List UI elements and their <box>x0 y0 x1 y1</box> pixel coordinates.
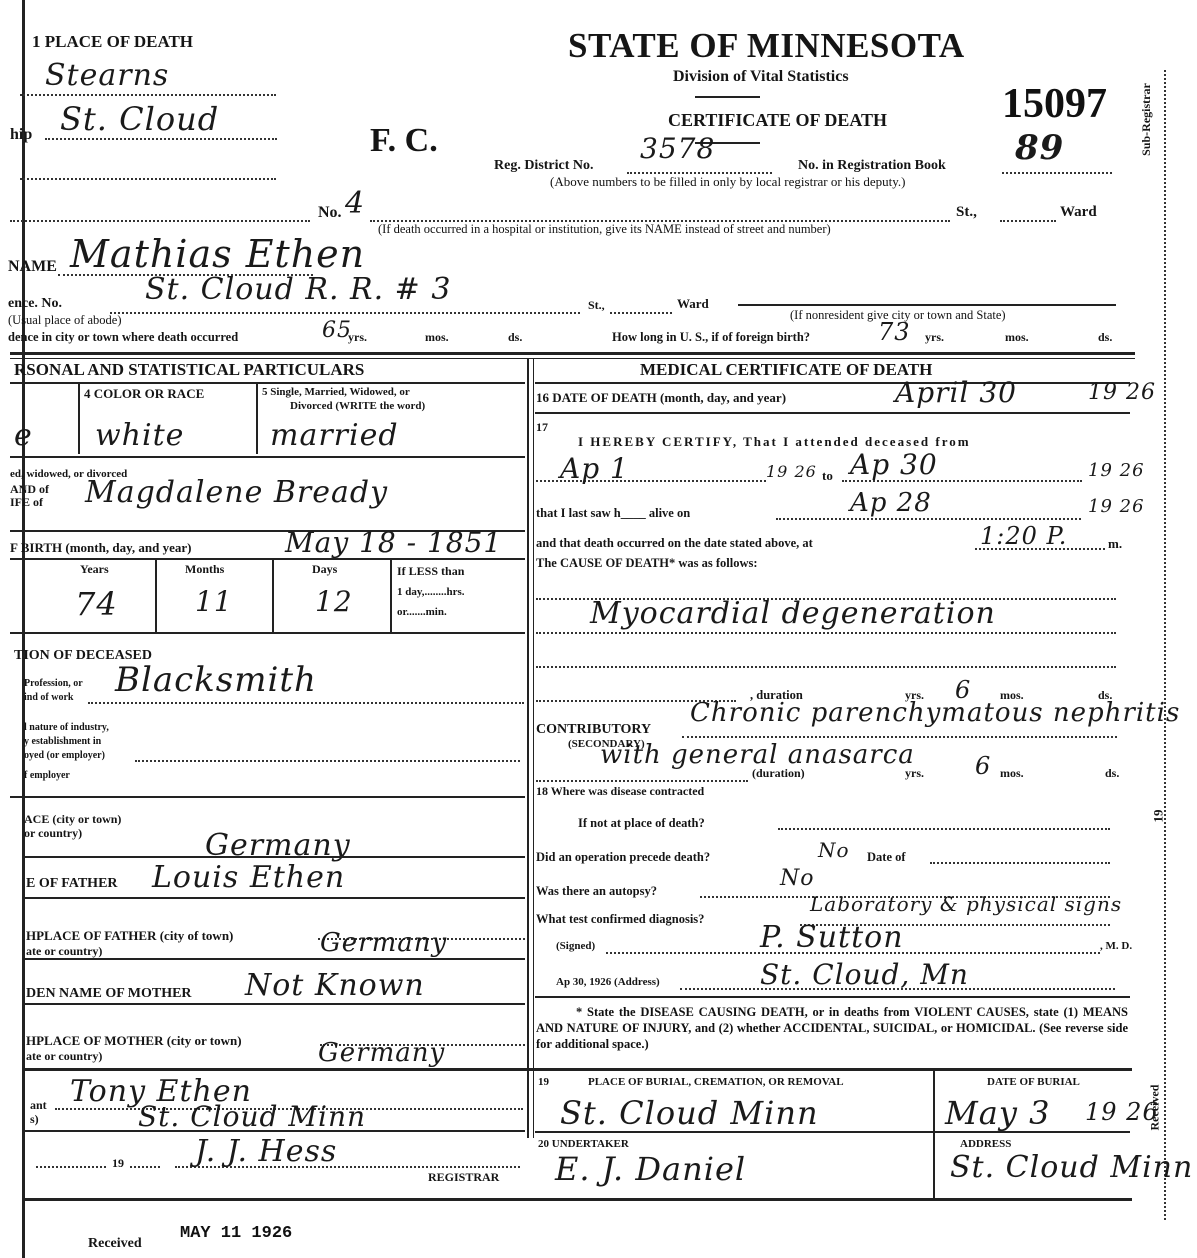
birth-value: May 18 - 1851 <box>285 526 502 559</box>
street-no-value: 4 <box>345 186 365 221</box>
burial-address-label: ADDRESS <box>960 1138 1011 1150</box>
burial-place-value: St. Cloud Minn <box>560 1094 819 1132</box>
registrar-note: (Above numbers to be filled in only by l… <box>550 174 906 190</box>
item-19: 19 <box>538 1076 549 1088</box>
residence-st-field <box>610 300 672 314</box>
footnote: * State the DISEASE CAUSING DEATH, or in… <box>536 1004 1128 1052</box>
father-birthplace-label-1: HPLACE OF FATHER (city of town) <box>26 928 233 944</box>
spouse-label-3: IFE of <box>10 495 43 510</box>
attended-to-value: Ap 30 <box>850 448 938 481</box>
street-field-left <box>10 208 310 222</box>
contributory-yrs-label: yrs. <box>905 766 924 781</box>
name-label: NAME <box>8 258 57 276</box>
occupation-row-rule <box>10 796 525 798</box>
color-divider-left <box>78 384 80 454</box>
contributory-ds-label: ds. <box>1105 766 1119 781</box>
marital-label-2: Divorced (WRITE the word) <box>290 400 425 412</box>
less-than-label-1: If LESS than <box>397 564 464 579</box>
section-rule-top <box>10 352 1135 355</box>
industry-label-4: f employer <box>24 770 70 781</box>
age-months-label: Months <box>185 562 224 577</box>
certificate-number: 15097 <box>1002 80 1107 128</box>
birth-label: F BIRTH (month, day, and year) <box>10 540 191 556</box>
township-label: hip <box>10 126 32 144</box>
occupation-label-1: Profession, or <box>24 678 83 689</box>
residence-ds-label: ds. <box>508 330 522 345</box>
contributory-value: Chronic parenchymatous nephritis <box>690 698 1180 728</box>
not-at-place-field <box>778 820 1110 830</box>
informant-label: ant <box>30 1098 47 1113</box>
age-divider-3 <box>390 560 392 632</box>
age-months-value: 11 <box>195 585 233 618</box>
center-divider-2 <box>533 358 534 1138</box>
margin-year-19: 19 <box>1151 810 1167 823</box>
item-17: 17 <box>536 420 548 435</box>
stamp-mark: F. C. <box>370 122 438 160</box>
mother-birthplace-label-2: ate or country) <box>26 1049 102 1064</box>
contributory-duration-value: 6 <box>975 752 991 780</box>
operation-date-field <box>930 854 1110 864</box>
marital-row-rule <box>10 456 525 458</box>
color-divider-right <box>256 384 258 454</box>
marital-value: married <box>270 418 399 453</box>
attended-to-year: 19 26 <box>1088 460 1145 481</box>
father-birthplace-row-rule <box>22 958 525 960</box>
informant-address-label: s) <box>30 1112 39 1127</box>
father-label: E OF FATHER <box>26 876 118 892</box>
address-value: St. Cloud, Mn <box>760 958 969 991</box>
residence-length-label: dence in city or town where death occurr… <box>8 330 238 345</box>
reg-book-label: No. in Registration Book <box>798 158 946 174</box>
personal-section-title: RSONAL AND STATISTICAL PARTICULARS <box>14 360 364 380</box>
section-rule-top-2 <box>10 358 1135 359</box>
cause-field-3 <box>536 658 1116 668</box>
time-value: 1:20 P. <box>980 522 1067 550</box>
mother-row-rule <box>22 1003 525 1005</box>
hospital-note: (If death occurred in a hospital or inst… <box>378 222 831 237</box>
residence-yrs-label: yrs. <box>348 330 367 345</box>
residence-ward-label: Ward <box>677 296 709 312</box>
reg-district-label: Reg. District No. <box>494 158 594 174</box>
filed-date-field <box>36 1158 106 1168</box>
us-length-label: How long in U. S., if of foreign birth? <box>612 330 810 345</box>
industry-label-3: oyed (or employer) <box>24 750 105 761</box>
time-label: and that death occurred on the date stat… <box>536 536 813 551</box>
registrar-value: J. J. Hess <box>195 1134 337 1169</box>
us-mos-label: mos. <box>1005 330 1029 345</box>
attended-from-year: 19 26 <box>766 462 817 481</box>
marital-label: 5 Single, Married, Widowed, or <box>262 386 410 398</box>
age-row-rule <box>10 632 525 634</box>
date-of-death-year: 19 26 <box>1088 380 1156 405</box>
registrar-label: REGISTRAR <box>428 1170 499 1185</box>
industry-label-1: l nature of industry, <box>24 722 109 733</box>
autopsy-label: Was there an autopsy? <box>536 884 657 899</box>
reg-district-value: 3578 <box>640 132 715 165</box>
received-stamp: MAY 11 1926 <box>180 1224 292 1243</box>
birthplace-label-1: ACE (city or town) <box>24 812 121 827</box>
age-days-value: 12 <box>315 585 353 618</box>
contributory-duration-field <box>536 772 748 782</box>
filed-year-field <box>130 1158 160 1168</box>
cause-value: Myocardial degeneration <box>590 596 996 631</box>
street-ward-label: Ward <box>1060 204 1097 221</box>
reg-book-value: 89 <box>1015 128 1064 168</box>
less-than-label-2: 1 day,........hrs. <box>397 586 465 598</box>
industry-label-2: y establishment in <box>24 736 101 747</box>
personal-title-rule <box>10 382 525 384</box>
occupation-value: Blacksmith <box>115 660 317 700</box>
last-saw-year: 19 26 <box>1088 496 1145 517</box>
burial-row-rule <box>535 1131 1130 1133</box>
father-value: Louis Ethen <box>152 860 345 895</box>
last-saw-value: Ap 28 <box>850 488 932 518</box>
attended-to-label: to <box>822 468 833 484</box>
birthplace-label-2: or country) <box>24 826 82 841</box>
operation-label: Did an operation precede death? <box>536 850 710 865</box>
residence-label: ence. No. <box>8 296 62 312</box>
contributory-label: CONTRIBUTORY <box>536 722 651 738</box>
mother-birthplace-row-rule <box>22 1068 1132 1071</box>
street-st-label: St., <box>956 204 977 221</box>
certificate-title: CERTIFICATE OF DEATH <box>668 110 887 131</box>
operation-date-label: Date of <box>867 850 906 865</box>
undertaker-value: E. J. Daniel <box>555 1150 746 1188</box>
abode-note: (Usual place of abode) <box>8 313 122 328</box>
bottom-rule <box>22 1198 1132 1201</box>
filed-year-label: 19 <box>112 1156 124 1171</box>
birth-row-rule <box>10 558 525 560</box>
margin-received-label: Received <box>1147 1085 1162 1131</box>
father-birthplace-label-2: ate or country) <box>26 944 102 959</box>
burial-divider <box>933 1070 935 1198</box>
mother-birthplace-value: Germany <box>318 1038 445 1068</box>
undertaker-label: 20 UNDERTAKER <box>538 1138 629 1150</box>
residence-value: St. Cloud R. R. # 3 <box>145 272 451 307</box>
where-contracted-label: 18 Where was disease contracted <box>536 784 704 799</box>
contributory-duration-label: (duration) <box>752 766 805 781</box>
test-label: What test confirmed diagnosis? <box>536 912 704 927</box>
street-ward-field <box>1000 208 1056 222</box>
time-suffix: m. <box>1108 536 1122 552</box>
burial-date-label: DATE OF BURIAL <box>987 1076 1080 1088</box>
date-of-death-label: 16 DATE OF DEATH (month, day, and year) <box>536 390 786 406</box>
mother-birthplace-label-1: HPLACE OF MOTHER (city or town) <box>26 1033 242 1049</box>
burial-address-value: St. Cloud Minn <box>950 1150 1193 1185</box>
test-value: Laboratory & physical signs <box>810 892 1122 916</box>
us-yrs-label: yrs. <box>925 330 944 345</box>
county-value: Stearns <box>45 58 169 93</box>
signed-label: (Signed) <box>556 940 595 952</box>
industry-field <box>135 752 520 762</box>
not-at-place-label: If not at place of death? <box>578 816 705 831</box>
burial-place-label: PLACE OF BURIAL, CREMATION, OR REMOVAL <box>588 1076 844 1088</box>
attended-from-value: Ap 1 <box>560 452 629 485</box>
birthplace-row-rule <box>22 856 525 858</box>
md-label: , M. D. <box>1100 940 1132 952</box>
age-years-value: 74 <box>75 585 118 623</box>
signed-value: P. Sutton <box>760 920 904 955</box>
us-ds-label: ds. <box>1098 330 1112 345</box>
color-label: 4 COLOR OR RACE <box>84 386 204 402</box>
right-margin-line <box>1164 70 1167 1220</box>
state-title: STATE OF MINNESOTA <box>568 26 965 66</box>
mother-value: Not Known <box>245 968 425 1003</box>
name-value: Mathias Ethen <box>70 232 365 276</box>
age-days-label: Days <box>312 562 337 577</box>
signature-rule <box>535 996 1130 998</box>
place-of-death-label: 1 PLACE OF DEATH <box>32 32 193 52</box>
address-date-label: Ap 30, 1926 (Address) <box>556 976 660 988</box>
operation-value: No <box>818 838 850 862</box>
color-value: white <box>95 418 184 453</box>
father-birthplace-value: Germany <box>320 928 447 958</box>
age-divider-1 <box>155 560 157 632</box>
last-saw-label: that I last saw h____ alive on <box>536 506 690 521</box>
date-of-death-value: April 30 <box>895 376 1017 409</box>
age-years-label: Years <box>80 562 109 577</box>
date-of-death-rule <box>535 412 1130 414</box>
informant-address-value: St. Cloud Minn <box>138 1100 366 1133</box>
contributory-field <box>682 728 1117 738</box>
center-divider <box>527 358 529 1138</box>
sub-registrar-label: Sub-Registrar <box>1139 83 1154 156</box>
residence-mos-label: mos. <box>425 330 449 345</box>
medical-section-title: MEDICAL CERTIFICATE OF DEATH <box>640 360 932 380</box>
street-field <box>370 208 950 222</box>
father-row-rule <box>22 897 525 899</box>
residence-st-label: St., <box>588 298 605 313</box>
nonresident-line <box>738 304 1116 306</box>
sex-value: e <box>14 418 33 453</box>
received-label: Received <box>88 1236 142 1252</box>
spouse-value: Magdalene Bready <box>85 475 388 510</box>
cause-label: The CAUSE OF DEATH* was as follows: <box>536 556 758 571</box>
medical-title-rule <box>535 382 1130 384</box>
age-divider-2 <box>272 560 274 632</box>
title-rule-1 <box>695 96 760 98</box>
us-years-value: 73 <box>878 318 911 346</box>
occupation-label-2: ind of work <box>24 692 73 703</box>
division-title: Division of Vital Statistics <box>673 68 849 86</box>
contributory-mos-label: mos. <box>1000 766 1024 781</box>
township-value: St. Cloud <box>60 100 219 138</box>
informant-row-rule <box>22 1130 525 1132</box>
place-blank-field <box>20 164 276 180</box>
street-no-label: No. <box>318 204 342 222</box>
autopsy-value: No <box>780 866 815 891</box>
burial-date-value: May 3 <box>945 1094 1050 1132</box>
mother-label: DEN NAME OF MOTHER <box>26 986 192 1002</box>
less-than-label-3: or.......min. <box>397 606 447 618</box>
